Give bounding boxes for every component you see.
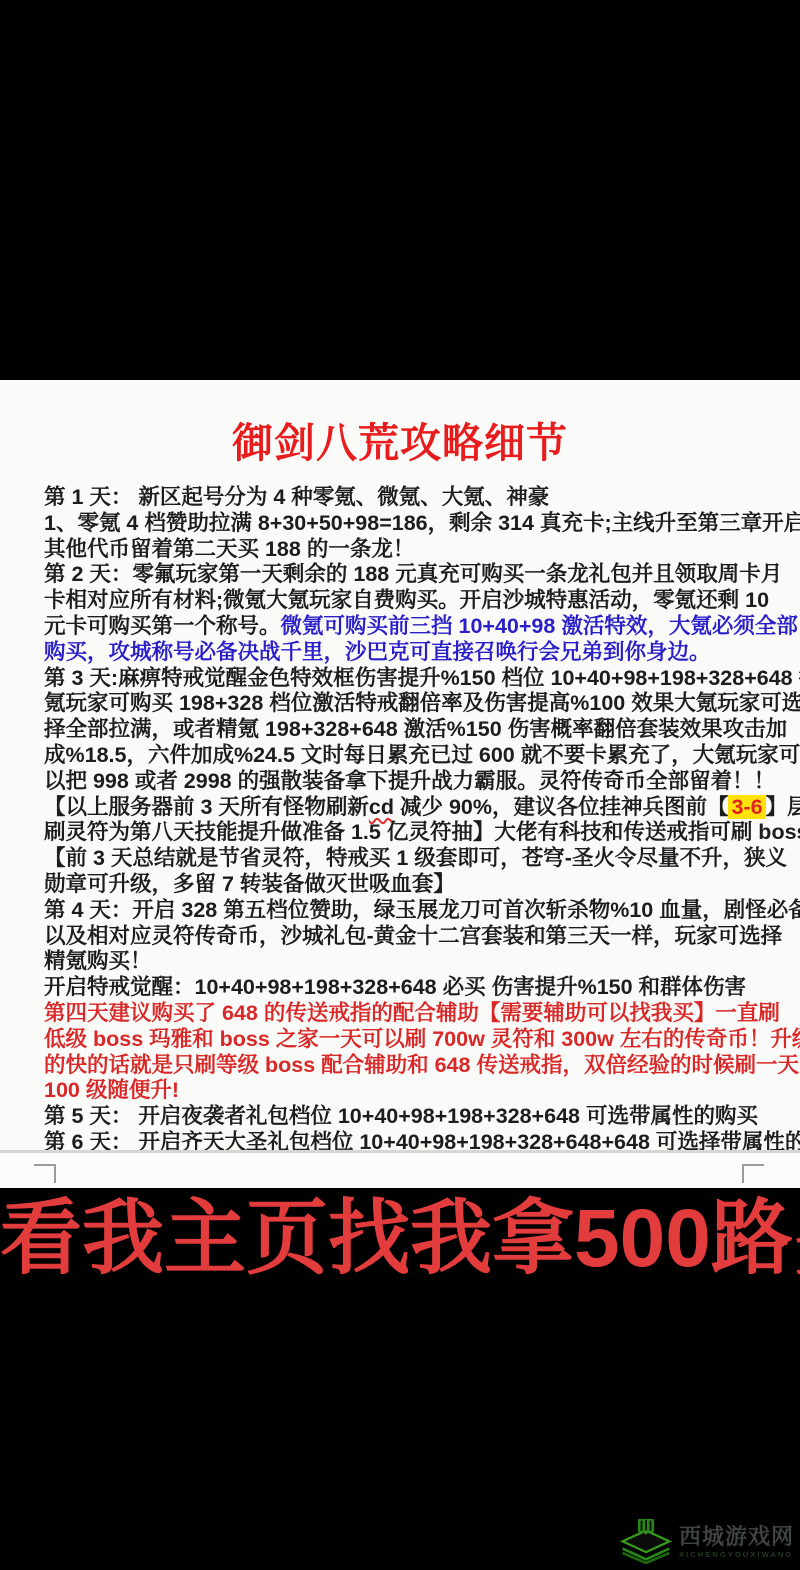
text-segment: 第四天建议购买了 648 的传送戒指的配合辅助【需要辅助可以找我买】一直刷 xyxy=(44,1001,780,1025)
screenshot-root: 御剑八荒攻略细节 第 1 天： 新区起号分为 4 种零氪、微氪、大氪、神豪1、零… xyxy=(0,0,800,1570)
text-segment: 以把 998 或者 2998 的强散装备拿下提升战力霸服。灵符传奇币全部留着！！ xyxy=(44,769,775,793)
text-segment: cd xyxy=(369,795,394,819)
text-segment: 第 5 天： 开启夜袭者礼包档位 10+40+98+198+328+648 可选… xyxy=(44,1104,758,1128)
text-segment: 减少 90%，建议各位挂神兵图前【 xyxy=(394,795,728,819)
text-segment: 刷灵符为第八天技能提升做准备 1.5 亿灵符抽】大佬有科技和传送戒指可刷 bos… xyxy=(44,820,800,844)
text-line: 择全部拉满，或者精氪 198+328+648 激活%150 伤害概率翻倍套装效果… xyxy=(44,717,764,743)
layered-diamond-logo-icon xyxy=(619,1516,673,1569)
text-line: 第 2 天：零氟玩家第一天剩余的 188 元真充可购买一条龙礼包并且领取周卡月 xyxy=(44,562,764,588)
text-line: 勋章可升级，多留 7 转装备做灭世吸血套】 xyxy=(44,872,764,898)
text-line: 第 4 天：开启 328 第五档位赞助，绿玉展龙刀可首次斩杀物%10 血量，剧怪… xyxy=(44,898,764,924)
text-segment: 【前 3 天总结就是节省灵符，特戒买 1 级套即可，苍穹-圣火令尽量不升，狭义 xyxy=(44,846,787,870)
text-segment: 氪玩家可购买 198+328 档位激活特戒翻倍率及伤害提高%100 效果大氪玩家… xyxy=(44,691,800,715)
page-title: 御剑八荒攻略细节 xyxy=(0,410,800,469)
text-line: 其他代币留着第二天买 188 的一条龙！ xyxy=(44,537,764,563)
text-segment: 购买，攻城称号必备决战千里，沙巴克可直接召唤行会兄弟到你身边。 xyxy=(44,640,711,664)
text-line: 第四天建议购买了 648 的传送戒指的配合辅助【需要辅助可以找我买】一直刷 xyxy=(44,1001,764,1027)
text-line: 卡相对应所有材料;微氪大氪玩家自费购买。开启沙城特惠活动，零氪还剩 10 xyxy=(44,588,764,614)
text-line: 以把 998 或者 2998 的强散装备拿下提升战力霸服。灵符传奇币全部留着！！ xyxy=(44,769,764,795)
text-segment: 以及相对应灵符传奇币，沙城礼包-黄金十二宫套装和第三天一样，玩家可选择 xyxy=(44,924,782,948)
text-segment: 其他代币留着第二天买 188 的一条龙！ xyxy=(44,537,414,561)
site-name-pinyin: XICHENGYOUXIWANG xyxy=(679,1551,794,1559)
text-line: 【前 3 天总结就是节省灵符，特戒买 1 级套即可，苍穹-圣火令尽量不升，狭义 xyxy=(44,846,764,872)
promo-banner-text: 看我主页找我拿500路费 xyxy=(0,1188,800,1290)
text-line: 精氪购买！ xyxy=(44,949,764,975)
text-segment: 微氪可购买前三挡 10+40+98 激活特效，大氪必须全部 xyxy=(281,614,798,638)
text-segment: 开启特戒觉醒：10+40+98+198+328+648 必买 伤害提升%150 … xyxy=(44,975,746,999)
text-segment: 3-6 xyxy=(728,795,765,819)
text-segment: 元卡可购买第一个称号。 xyxy=(44,614,281,638)
text-line: 【以上服务器前 3 天所有怪物刷新cd 减少 90%，建议各位挂神兵图前【3-6… xyxy=(44,795,764,821)
text-line: 低级 boss 玛雅和 boss 之家一天可以刷 700w 灵符和 300w 左… xyxy=(44,1027,764,1053)
page-corner-mark-right xyxy=(742,1164,764,1183)
text-segment: 第 2 天：零氟玩家第一天剩余的 188 元真充可购买一条龙礼包并且领取周卡月 xyxy=(44,562,782,586)
text-line: 成%18.5，六件加成%24.5 文时每日累充已过 600 就不要卡累充了，大氪… xyxy=(44,743,764,769)
text-segment: 低级 boss 玛雅和 boss 之家一天可以刷 700w 灵符和 300w 左… xyxy=(44,1027,800,1051)
text-line: 的快的话就是只刷等级 boss 配合辅助和 648 传送戒指，双倍经验的时候刷一… xyxy=(44,1053,764,1079)
text-segment: 【以上服务器前 3 天所有怪物刷新 xyxy=(44,795,369,819)
text-line: 以及相对应灵符传奇币，沙城礼包-黄金十二宫套装和第三天一样，玩家可选择 xyxy=(44,924,764,950)
next-page-strip xyxy=(0,1153,800,1188)
text-segment: 】层 xyxy=(766,795,800,819)
text-segment: 第 1 天： 新区起号分为 4 种零氪、微氪、大氪、神豪 xyxy=(44,485,549,509)
text-line: 购买，攻城称号必备决战千里，沙巴克可直接召唤行会兄弟到你身边。 xyxy=(44,640,764,666)
text-line: 1、零氪 4 档赞助拉满 8+30+50+98=186，剩余 314 真充卡;主… xyxy=(44,511,764,537)
text-segment: 精氪购买！ xyxy=(44,949,152,973)
document-body: 第 1 天： 新区起号分为 4 种零氪、微氪、大氪、神豪1、零氪 4 档赞助拉满… xyxy=(44,485,764,1156)
text-line: 刷灵符为第八天技能提升做准备 1.5 亿灵符抽】大佬有科技和传送戒指可刷 bos… xyxy=(44,820,764,846)
text-segment: 第 3 天:麻痹特戒觉醒金色特效框伤害提升%150 档位 10+40+98+19… xyxy=(44,666,800,690)
promo-banner: 看我主页找我拿500路费 xyxy=(0,1188,800,1570)
text-line: 氪玩家可购买 198+328 档位激活特戒翻倍率及伤害提高%100 效果大氪玩家… xyxy=(44,691,764,717)
text-segment: 的快的话就是只刷等级 boss 配合辅助和 648 传送戒指，双倍经验的时候刷一… xyxy=(44,1053,799,1077)
text-segment: 卡相对应所有材料;微氪大氪玩家自费购买。开启沙城特惠活动，零氪还剩 10 xyxy=(44,588,769,612)
text-line: 100 级随便升! xyxy=(44,1078,764,1104)
text-line: 第 1 天： 新区起号分为 4 种零氪、微氪、大氪、神豪 xyxy=(44,485,764,511)
text-line: 开启特戒觉醒：10+40+98+198+328+648 必买 伤害提升%150 … xyxy=(44,975,764,1001)
text-segment: 成%18.5，六件加成%24.5 文时每日累充已过 600 就不要卡累充了，大氪… xyxy=(44,743,800,767)
text-segment: 择全部拉满，或者精氪 198+328+648 激活%150 伤害概率翻倍套装效果… xyxy=(44,717,787,741)
page-corner-mark-left xyxy=(34,1164,56,1183)
text-line: 第 5 天： 开启夜袭者礼包档位 10+40+98+198+328+648 可选… xyxy=(44,1104,764,1130)
text-segment: 第 4 天：开启 328 第五档位赞助，绿玉展龙刀可首次斩杀物%10 血量，剧怪… xyxy=(44,898,800,922)
text-segment: 勋章可升级，多留 7 转装备做灭世吸血套】 xyxy=(44,872,455,896)
site-name: 西城游戏网 xyxy=(679,1526,794,1548)
site-watermark: 西城游戏网 XICHENGYOUXIWANG xyxy=(619,1516,794,1569)
text-segment: 100 级随便升! xyxy=(44,1078,179,1102)
document-page: 御剑八荒攻略细节 第 1 天： 新区起号分为 4 种零氪、微氪、大氪、神豪1、零… xyxy=(0,380,800,1150)
text-line: 第 3 天:麻痹特戒觉醒金色特效框伤害提升%150 档位 10+40+98+19… xyxy=(44,666,764,692)
text-segment: 1、零氪 4 档赞助拉满 8+30+50+98=186，剩余 314 真充卡;主… xyxy=(44,511,800,535)
text-line: 元卡可购买第一个称号。微氪可购买前三挡 10+40+98 激活特效，大氪必须全部 xyxy=(44,614,764,640)
